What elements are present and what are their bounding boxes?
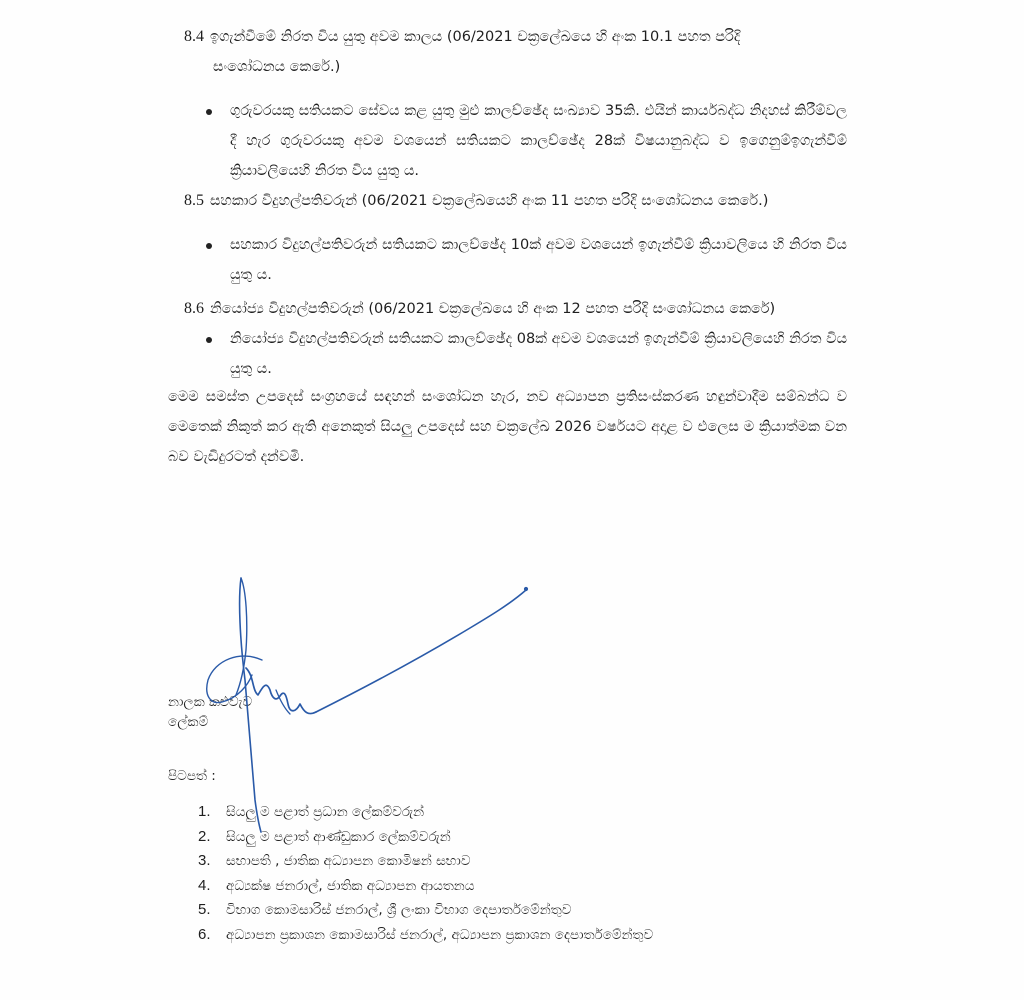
section-number: 8.4: [184, 28, 204, 45]
bullet-text: ගුරුවරයකු සතියකට සේවය කළ යුතු මුළු කාලච්…: [230, 103, 847, 179]
section-heading: 8.4ඉගැන්වීමේ නිරත විය යුතු අවම කාලය (06/…: [184, 22, 847, 82]
section-title: ඉගැන්වීමේ නිරත විය යුතු අවම කාලය (06/202…: [210, 29, 740, 45]
signature-strokes: [207, 578, 528, 832]
copies-list-item: 2.සියලු ම පළාත් ආණ්ඩුකාර ලේකම්වරුන්: [198, 825, 653, 850]
document-page: 8.4ඉගැන්වීමේ නිරත විය යුතු අවම කාලය (06/…: [0, 0, 1024, 1000]
bullet-item: ගුරුවරයකු සතියකට සේවය කළ යුතු මුළු කාලච්…: [184, 96, 847, 186]
section-title: සහකාර විදුහල්පතිවරුන් (06/2021 චක්‍රලේඛය…: [210, 193, 768, 209]
section-heading: 8.5සහකාර විදුහල්පතිවරුන් (06/2021 චක්‍රල…: [184, 186, 847, 216]
closing-paragraph: මෙම සමස්ත උපදෙස් සංග්‍රහයේ සඳහන් සංශෝධන …: [168, 382, 847, 472]
section-title-continued: සංශෝධනය කෙරේ.): [184, 52, 847, 82]
copies-list-item: 6.අධ්‍යාපන ප්‍රකාශන කොමසාරිස් ජනරාල්, අධ…: [198, 923, 653, 948]
section-8-4: 8.4ඉගැන්වීමේ නිරත විය යුතු අවම කාලය (06/…: [184, 22, 847, 186]
bullet-icon: [206, 243, 212, 249]
copies-list-item: 1.සියලු ම පළාත් ප්‍රධාන ලේකම්වරුන්: [198, 800, 653, 825]
signatory-title: ලේකම්: [168, 712, 208, 732]
section-8-6: 8.6නියෝජ්‍ය විදුහල්පතිවරුන් (06/2021 චක්…: [184, 294, 847, 384]
section-heading: 8.6නියෝජ්‍ය විදුහල්පතිවරුන් (06/2021 චක්…: [184, 294, 847, 324]
signatory-name: නාලක කළුවැව: [168, 692, 252, 712]
section-number: 8.6: [184, 300, 204, 317]
bullet-icon: [206, 109, 212, 115]
bullet-item: නියෝජ්‍ය විදුහල්පතිවරුන් සතියකට කාලච්ඡේද…: [184, 324, 847, 384]
copies-label: පිටපත් :: [168, 766, 216, 786]
section-title: නියෝජ්‍ය විදුහල්පතිවරුන් (06/2021 චක්‍රල…: [210, 301, 775, 317]
bullet-text: නියෝජ්‍ය විදුහල්පතිවරුන් සතියකට කාලච්ඡේද…: [230, 331, 847, 377]
copies-list: 1.සියලු ම පළාත් ප්‍රධාන ලේකම්වරුන් 2.සිය…: [198, 800, 653, 947]
bullet-icon: [206, 337, 212, 343]
copies-list-item: 4.අධ්‍යක්ෂ ජනරාල්, ජාතික අධ්‍යාපන ආයතනය: [198, 874, 653, 899]
section-8-5: 8.5සහකාර විදුහල්පතිවරුන් (06/2021 චක්‍රල…: [184, 186, 847, 290]
copies-list-item: 3.සභාපති , ජාතික අධ්‍යාපන කොමිෂන් සභාව: [198, 849, 653, 874]
copies-list-item: 5.විභාග කොමසාරිස් ජනරාල්, ශ්‍රී ලංකා විභ…: [198, 898, 653, 923]
bullet-item: සහකාර විදුහල්පතිවරුන් සතියකට කාලච්ඡේද 10…: [184, 230, 847, 290]
section-number: 8.5: [184, 192, 204, 209]
closing-paragraph-block: මෙම සමස්ත උපදෙස් සංග්‍රහයේ සඳහන් සංශෝධන …: [168, 382, 847, 472]
bullet-text: සහකාර විදුහල්පතිවරුන් සතියකට කාලච්ඡේද 10…: [230, 237, 847, 283]
